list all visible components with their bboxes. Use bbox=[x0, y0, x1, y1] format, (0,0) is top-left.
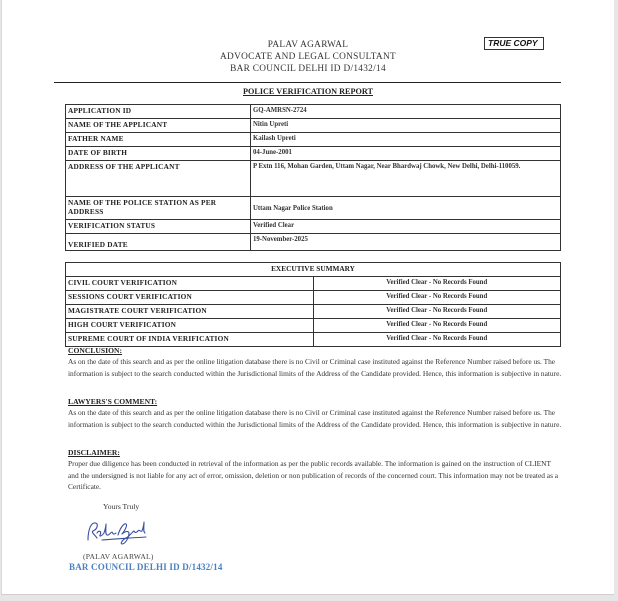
table-row: HIGH COURT VERIFICATION Verified Clear -… bbox=[66, 319, 561, 333]
court-result: Verified Clear - No Records Found bbox=[313, 333, 561, 347]
signer-bar-council-id: BAR COUNCIL DELHI ID D/1432/14 bbox=[69, 562, 223, 572]
executive-summary-table: EXECUTIVE SUMMARY CIVIL COURT VERIFICATI… bbox=[65, 262, 561, 347]
disclaimer-text: Proper due diligence has been conducted … bbox=[68, 458, 562, 493]
report-title: POLICE VERIFICATION REPORT bbox=[2, 87, 614, 96]
table-row: APPLICATION ID GQ-AMRSN-2724 bbox=[66, 105, 561, 119]
field-label: APPLICATION ID bbox=[66, 105, 251, 119]
court-label: SUPREME COURT OF INDIA VERIFICATION bbox=[66, 333, 314, 347]
summary-title: EXECUTIVE SUMMARY bbox=[66, 263, 561, 277]
court-result: Verified Clear - No Records Found bbox=[313, 277, 561, 291]
field-label: NAME OF THE APPLICANT bbox=[66, 119, 251, 133]
court-result: Verified Clear - No Records Found bbox=[313, 291, 561, 305]
court-label: MAGISTRATE COURT VERIFICATION bbox=[66, 305, 314, 319]
lawyers-comment-heading: LAWYERS'S COMMENT: bbox=[68, 397, 157, 406]
court-label: HIGH COURT VERIFICATION bbox=[66, 319, 314, 333]
applicant-details-table: APPLICATION ID GQ-AMRSN-2724 NAME OF THE… bbox=[65, 104, 561, 251]
disclaimer-heading: DISCLAIMER: bbox=[68, 448, 120, 457]
conclusion-heading: CONCLUSION: bbox=[68, 346, 122, 355]
advocate-designation: ADVOCATE AND LEGAL CONSULTANT bbox=[2, 52, 614, 62]
field-value: Uttam Nagar Police Station bbox=[251, 197, 561, 220]
field-label: DATE OF BIRTH bbox=[66, 147, 251, 161]
table-row: ADDRESS OF THE APPLICANT P Extn 116, Moh… bbox=[66, 161, 561, 197]
court-result: Verified Clear - No Records Found bbox=[313, 319, 561, 333]
header-divider bbox=[54, 82, 561, 83]
table-row: CIVIL COURT VERIFICATION Verified Clear … bbox=[66, 277, 561, 291]
table-row: FATHER NAME Kailash Upreti bbox=[66, 133, 561, 147]
field-value: P Extn 116, Mohan Garden, Uttam Nagar, N… bbox=[251, 161, 561, 197]
field-label: VERIFIED DATE bbox=[66, 234, 251, 251]
closing-salutation: Yours Truly bbox=[103, 502, 139, 511]
field-label: FATHER NAME bbox=[66, 133, 251, 147]
field-value: 04-June-2001 bbox=[251, 147, 561, 161]
table-row: SUPREME COURT OF INDIA VERIFICATION Veri… bbox=[66, 333, 561, 347]
field-value: Kailash Upreti bbox=[251, 133, 561, 147]
field-label: NAME OF THE POLICE STATION AS PER ADDRES… bbox=[66, 197, 251, 220]
table-row: VERIFIED DATE 19-November-2025 bbox=[66, 234, 561, 251]
field-value: Nitin Upreti bbox=[251, 119, 561, 133]
table-row: MAGISTRATE COURT VERIFICATION Verified C… bbox=[66, 305, 561, 319]
field-value: Verified Clear bbox=[251, 220, 561, 234]
table-row: SESSIONS COURT VERIFICATION Verified Cle… bbox=[66, 291, 561, 305]
signer-name: (PALAV AGARWAL) bbox=[83, 552, 154, 561]
advocate-bar-id: BAR COUNCIL DELHI ID D/1432/14 bbox=[2, 64, 614, 74]
table-header-row: EXECUTIVE SUMMARY bbox=[66, 263, 561, 277]
table-row: VERIFICATION STATUS Verified Clear bbox=[66, 220, 561, 234]
field-label: VERIFICATION STATUS bbox=[66, 220, 251, 234]
court-label: SESSIONS COURT VERIFICATION bbox=[66, 291, 314, 305]
table-row: NAME OF THE APPLICANT Nitin Upreti bbox=[66, 119, 561, 133]
court-result: Verified Clear - No Records Found bbox=[313, 305, 561, 319]
conclusion-text: As on the date of this search and as per… bbox=[68, 356, 562, 379]
court-label: CIVIL COURT VERIFICATION bbox=[66, 277, 314, 291]
true-copy-stamp: TRUE COPY bbox=[484, 37, 544, 50]
field-value: 19-November-2025 bbox=[251, 234, 561, 251]
document-page: PALAV AGARWAL ADVOCATE AND LEGAL CONSULT… bbox=[1, 0, 614, 595]
lawyers-comment-text: As on the date of this search and as per… bbox=[68, 407, 562, 430]
field-label: ADDRESS OF THE APPLICANT bbox=[66, 161, 251, 197]
table-row: NAME OF THE POLICE STATION AS PER ADDRES… bbox=[66, 197, 561, 220]
field-value: GQ-AMRSN-2724 bbox=[251, 105, 561, 119]
signature-icon bbox=[82, 518, 152, 553]
table-row: DATE OF BIRTH 04-June-2001 bbox=[66, 147, 561, 161]
